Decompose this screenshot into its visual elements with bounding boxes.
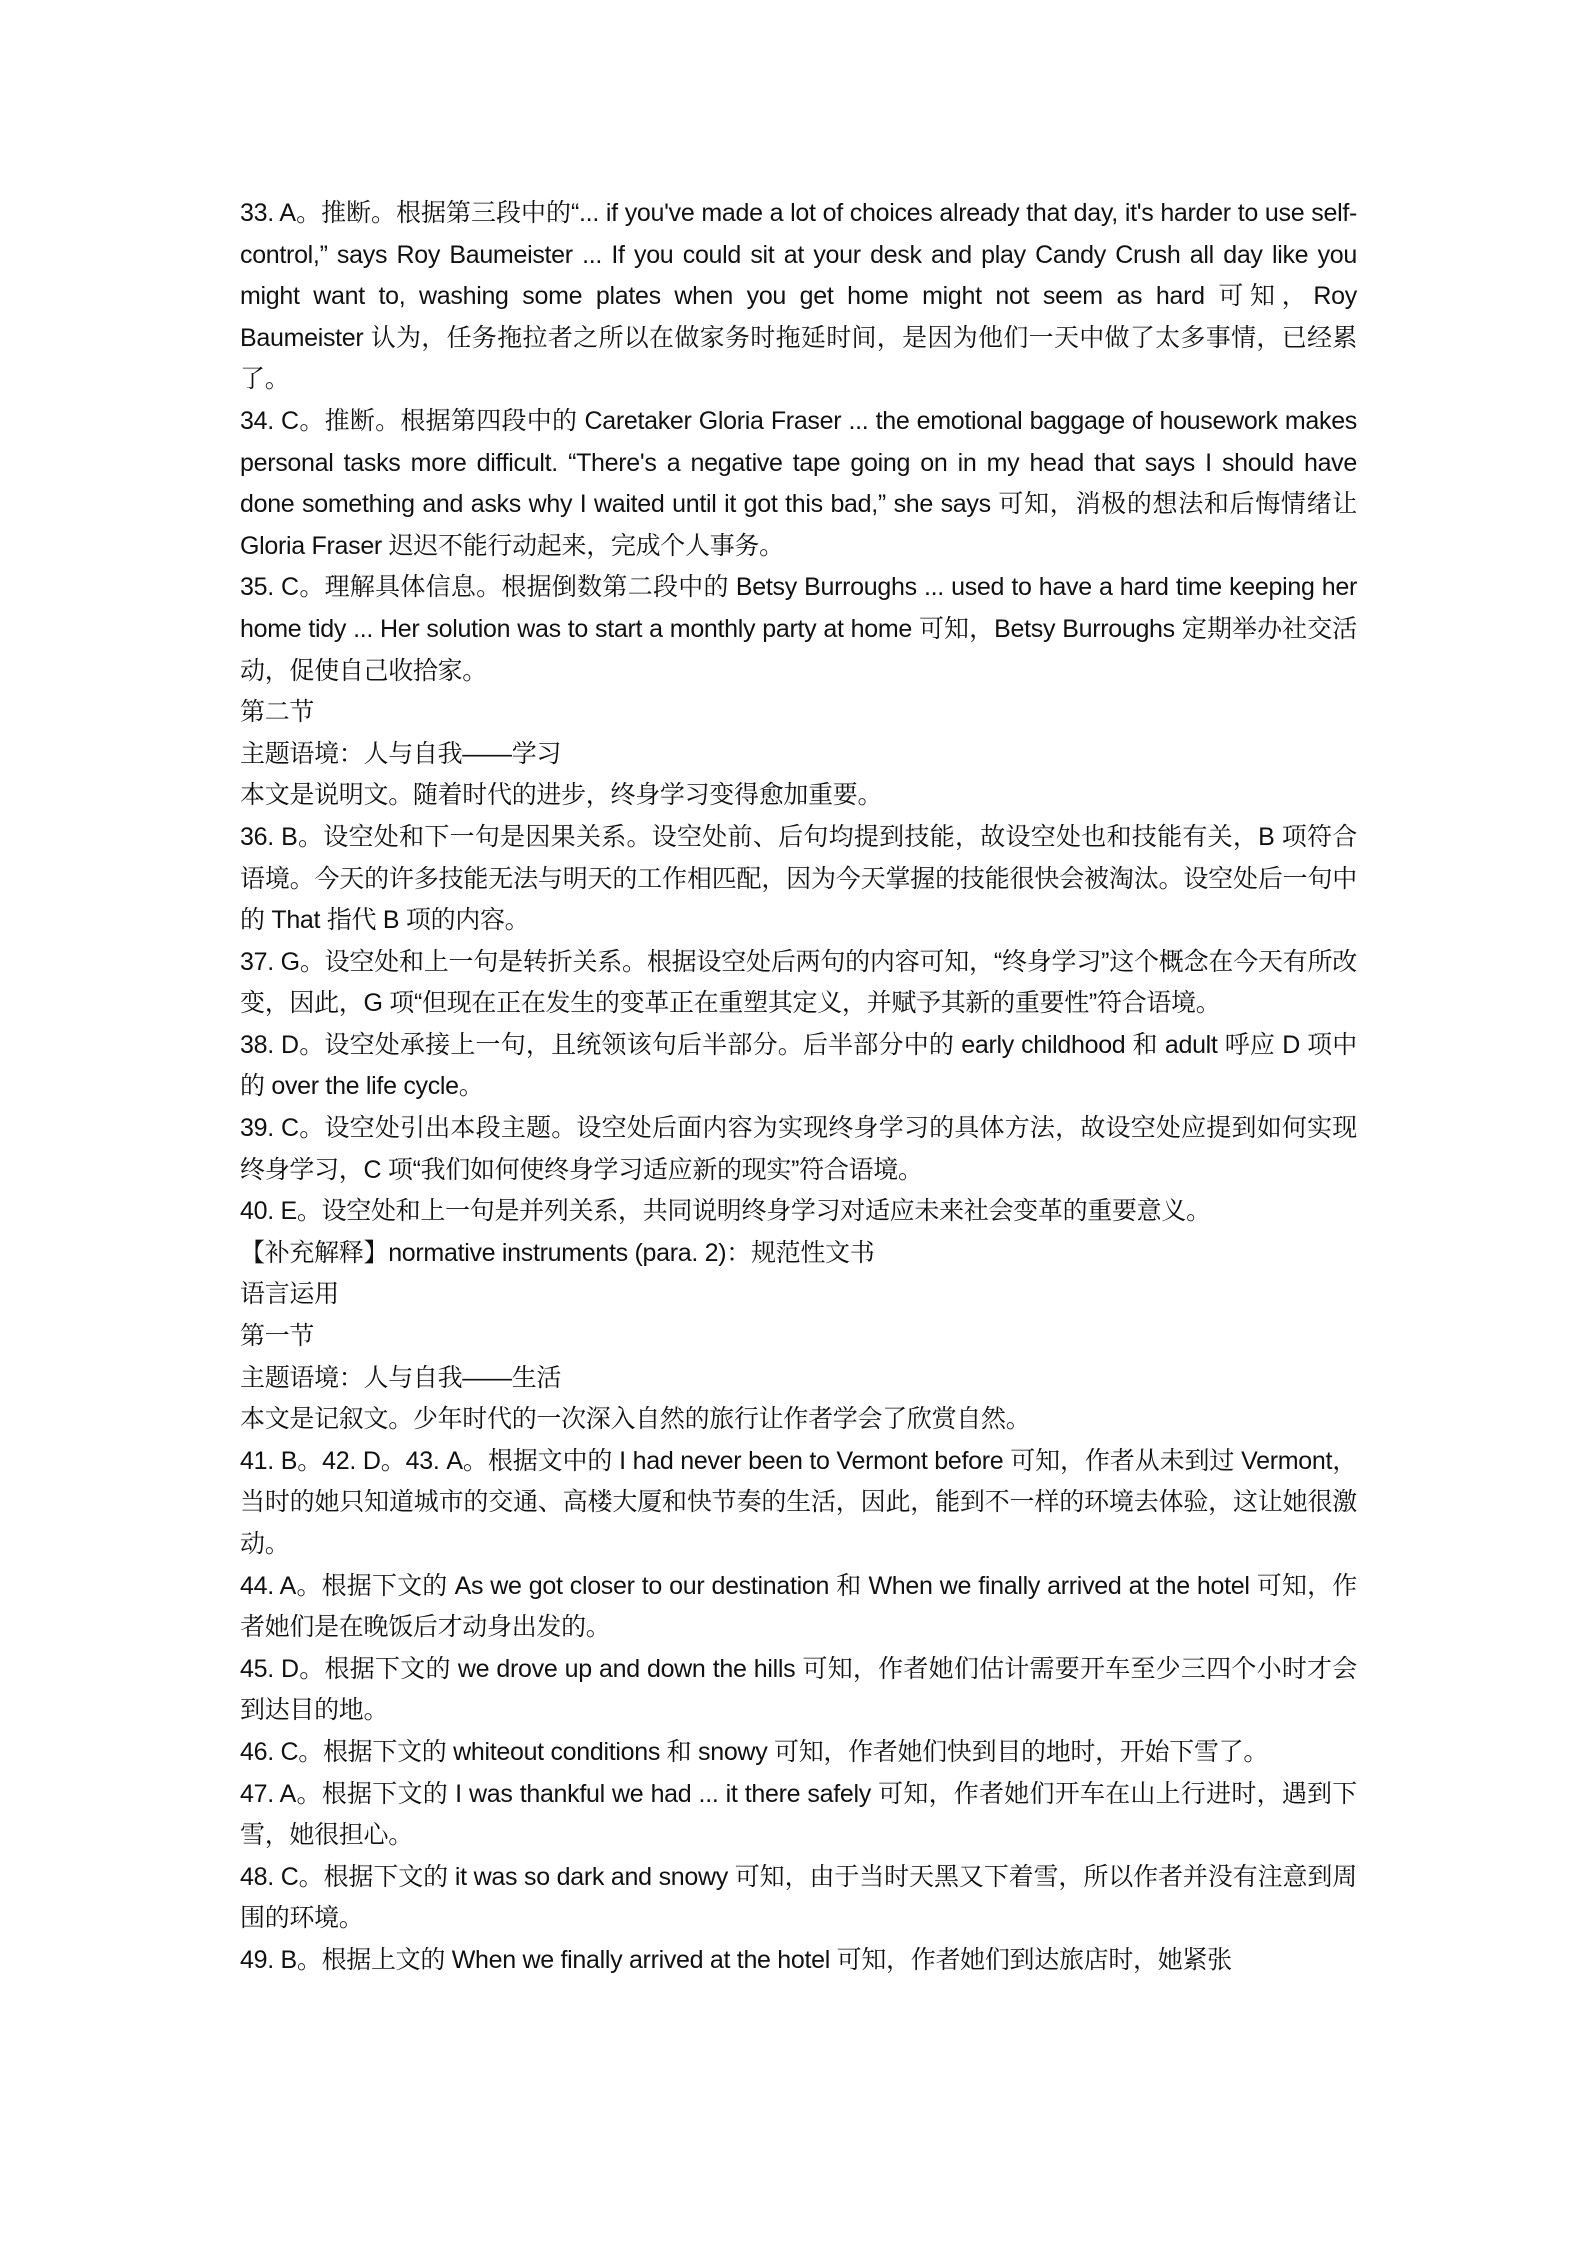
section-heading-language-use: 语言运用 xyxy=(240,1274,1357,1316)
passage-summary-expository: 本文是说明文。随着时代的进步，终身学习变得愈加重要。 xyxy=(240,775,1357,817)
answer-46: 46. C。根据下文的 whiteout conditions 和 snowy … xyxy=(240,1732,1357,1774)
answer-38: 38. D。设空处承接上一句，且统领该句后半部分。后半部分中的 early ch… xyxy=(240,1025,1357,1108)
passage-summary-narrative: 本文是记叙文。少年时代的一次深入自然的旅行让作者学会了欣赏自然。 xyxy=(240,1399,1357,1441)
answer-48: 48. C。根据下文的 it was so dark and snowy 可知，… xyxy=(240,1857,1357,1940)
answer-45: 45. D。根据下文的 we drove up and down the hil… xyxy=(240,1649,1357,1732)
answer-44: 44. A。根据下文的 As we got closer to our dest… xyxy=(240,1566,1357,1649)
answer-37: 37. G。设空处和上一句是转折关系。根据设空处后两句的内容可知，“终身学习”这… xyxy=(240,942,1357,1025)
supplementary-note: 【补充解释】normative instruments (para. 2)：规范… xyxy=(240,1233,1357,1275)
theme-context-learning: 主题语境：人与自我——学习 xyxy=(240,734,1357,776)
answer-36: 36. B。设空处和下一句是因果关系。设空处前、后句均提到技能，故设空处也和技能… xyxy=(240,817,1357,942)
section-heading-part-one: 第一节 xyxy=(240,1316,1357,1358)
theme-context-life: 主题语境：人与自我——生活 xyxy=(240,1358,1357,1400)
document-page: 33. A。推断。根据第三段中的“... if you've made a lo… xyxy=(240,193,1357,1982)
answer-34: 34. C。推断。根据第四段中的 Caretaker Gloria Fraser… xyxy=(240,401,1357,567)
answer-40: 40. E。设空处和上一句是并列关系，共同说明终身学习对适应未来社会变革的重要意… xyxy=(240,1191,1357,1233)
answer-35: 35. C。理解具体信息。根据倒数第二段中的 Betsy Burroughs .… xyxy=(240,567,1357,692)
answer-49: 49. B。根据上文的 When we finally arrived at t… xyxy=(240,1940,1357,1982)
answer-39: 39. C。设空处引出本段主题。设空处后面内容为实现终身学习的具体方法，故设空处… xyxy=(240,1108,1357,1191)
answer-47: 47. A。根据下文的 I was thankful we had ... it… xyxy=(240,1774,1357,1857)
section-heading-part-two: 第二节 xyxy=(240,692,1357,734)
answer-41-43: 41. B。42. D。43. A。根据文中的 I had never been… xyxy=(240,1441,1357,1566)
answer-33: 33. A。推断。根据第三段中的“... if you've made a lo… xyxy=(240,193,1357,401)
